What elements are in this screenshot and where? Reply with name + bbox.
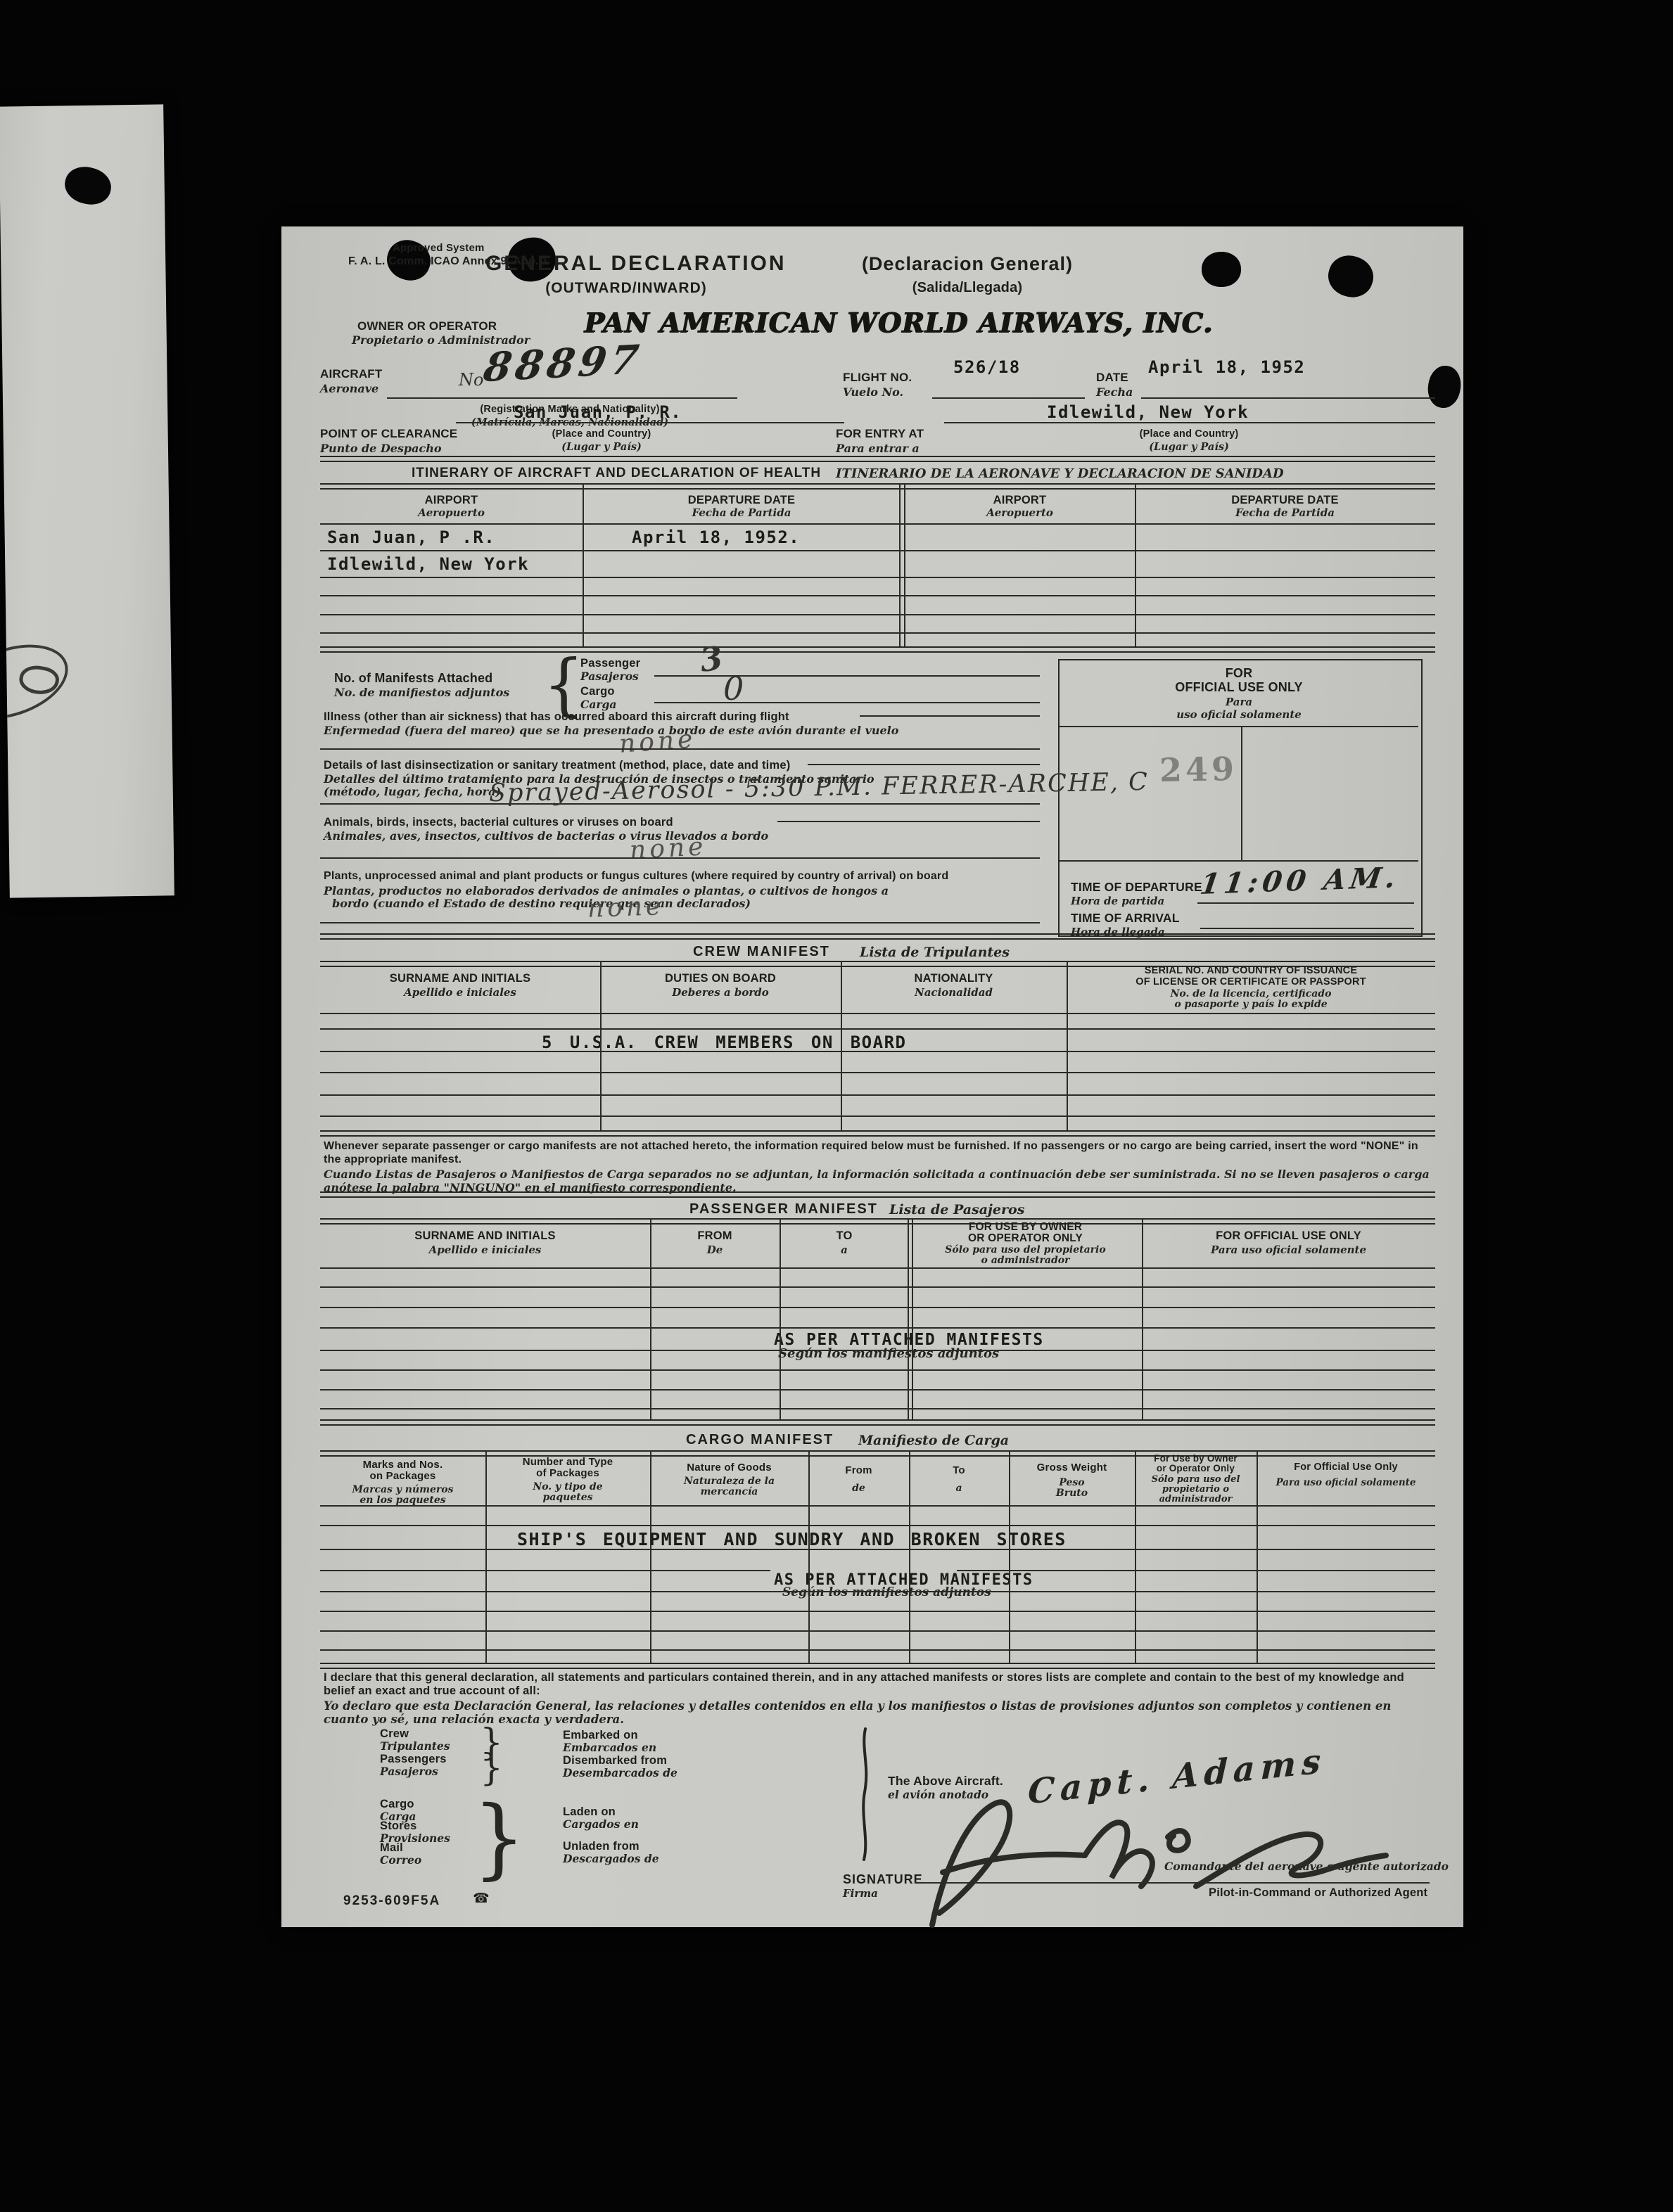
footer-cargo-brace: } bbox=[473, 1787, 526, 1889]
passenger-manifests-label: Passenger bbox=[580, 657, 640, 670]
passenger-row-rule-3 bbox=[320, 1327, 1435, 1329]
cargo-row-rule-4 bbox=[320, 1591, 1435, 1592]
notice-es: Cuando Listas de Pasajeros o Manifiestos… bbox=[324, 1168, 1432, 1194]
cargo-divider-3 bbox=[808, 1450, 810, 1663]
cargo-manifests-label-es: Carga bbox=[580, 698, 616, 711]
itinerary-row1-date: April 18, 1952. bbox=[632, 528, 800, 547]
crew-title-es: Lista de Tripulantes bbox=[860, 945, 1010, 960]
passenger-top-rule bbox=[320, 1218, 1435, 1225]
cargo-bottom-rule bbox=[320, 1663, 1435, 1669]
cargo-row-rule-7 bbox=[320, 1649, 1435, 1651]
crew-col-nationality: NATIONALITY bbox=[841, 972, 1067, 985]
cargo-col-number-1: Number and Type bbox=[485, 1456, 650, 1468]
footer-embarked-es: Embarcados en bbox=[563, 1741, 656, 1754]
flight-line bbox=[932, 397, 1085, 399]
passenger-row-rule-1 bbox=[320, 1286, 1435, 1288]
crew-col-duties-es: Deberes a bordo bbox=[600, 986, 841, 999]
passenger-title-es: Lista de Pasajeros bbox=[889, 1202, 1024, 1217]
printer-union-mark-icon: ☎ bbox=[473, 1891, 490, 1907]
date-value: April 18, 1952 bbox=[1148, 357, 1305, 377]
aircraft-line bbox=[387, 397, 737, 399]
illness-bottom-line bbox=[320, 748, 1040, 750]
departure-time-label: TIME OF DEPARTURE bbox=[1071, 880, 1202, 895]
itinerary-title-es: ITINERARIO DE LA AERONAVE Y DECLARACION … bbox=[836, 466, 1284, 481]
airline-name: PAN AMERICAN WORLD AIRWAYS, INC. bbox=[584, 307, 1196, 338]
itinerary-top-rule bbox=[320, 483, 1435, 490]
cargo-col-marks-2: on Packages bbox=[320, 1470, 485, 1482]
illness-line bbox=[860, 715, 1040, 717]
flight-label-es: Vuelo No. bbox=[843, 385, 903, 399]
crew-row-rule-1 bbox=[320, 1028, 1435, 1030]
cargo-divider-6 bbox=[1135, 1450, 1136, 1663]
crew-bottom-rule bbox=[320, 1130, 1435, 1137]
cargo-col-owner-es-3: administrador bbox=[1135, 1494, 1257, 1504]
date-label-es: Fecha bbox=[1096, 385, 1133, 399]
plants-label-es2: bordo (cuando el Estado de destino requi… bbox=[332, 897, 751, 910]
crew-row-rule-2 bbox=[320, 1051, 1435, 1052]
cargo-row-rule-3 bbox=[320, 1570, 770, 1571]
itinerary-row2-airport: Idlewild, New York bbox=[327, 554, 529, 574]
cargo-col-to-es: a bbox=[909, 1483, 1009, 1494]
cargo-col-number-es-2: paquetes bbox=[485, 1492, 650, 1503]
crew-divider-2 bbox=[841, 961, 842, 1130]
passenger-title: PASSENGER MANIFEST bbox=[689, 1201, 878, 1217]
entry-label-es: Para entrar a bbox=[836, 442, 920, 455]
crew-divider-3 bbox=[1067, 961, 1068, 1130]
cargo-divider-5 bbox=[1009, 1450, 1010, 1663]
passenger-col-to: TO bbox=[780, 1229, 909, 1243]
departure-time-value: 11:00 AM. bbox=[1198, 861, 1402, 901]
passenger-col-owner-es-1: Sólo para uso del propietario bbox=[909, 1244, 1142, 1255]
passenger-row-rule-5 bbox=[320, 1369, 1435, 1371]
passenger-divider-2 bbox=[780, 1218, 781, 1419]
crew-col-surname: SURNAME AND INITIALS bbox=[320, 972, 600, 985]
section-rule-1 bbox=[320, 456, 1435, 462]
footer-unladen-es: Descargados de bbox=[563, 1852, 659, 1865]
animals-bottom-line bbox=[320, 857, 1040, 859]
manifests-label: No. of Manifests Attached bbox=[334, 671, 492, 686]
official-box-title-2: OFFICIAL USE ONLY bbox=[1060, 680, 1418, 695]
itinerary-col-date-2-es: Fecha de Partida bbox=[1135, 506, 1435, 519]
cargo-entry-2-es: Según los manifiestos adjuntos bbox=[782, 1585, 991, 1599]
cargo-row-rule-5 bbox=[320, 1611, 1435, 1612]
departure-time-line bbox=[1197, 902, 1414, 904]
cargo-col-weight-es-2: Bruto bbox=[1009, 1488, 1135, 1499]
date-line bbox=[1141, 397, 1435, 399]
passenger-manifests-value: 3 bbox=[697, 639, 725, 679]
itinerary-col-airport-1-es: Aeropuerto bbox=[320, 506, 583, 519]
passenger-divider-3b bbox=[912, 1218, 913, 1419]
aircraft-no-prefix: No bbox=[459, 370, 483, 390]
cargo-col-owner-2: or Operator Only bbox=[1135, 1463, 1257, 1473]
footer-laden-es: Cargados en bbox=[563, 1817, 639, 1831]
itinerary-row-rule-2 bbox=[320, 577, 1435, 578]
animals-value: none bbox=[629, 832, 707, 865]
form-number: 9253-609F5A bbox=[343, 1893, 440, 1909]
illness-label-es: Enfermedad (fuera del mareo) que se ha p… bbox=[324, 724, 898, 737]
crew-col-serial-es-1: No. de la licencia, certificado bbox=[1067, 988, 1435, 999]
cargo-divider-4 bbox=[909, 1450, 910, 1663]
cargo-manifests-line bbox=[654, 702, 1040, 703]
passenger-col-to-es: a bbox=[780, 1244, 909, 1256]
crew-col-nationality-es: Nacionalidad bbox=[841, 986, 1067, 999]
cargo-col-nature-es-1: Naturaleza de la bbox=[650, 1476, 808, 1487]
entry-line bbox=[944, 422, 1435, 423]
passenger-col-surname: SURNAME AND INITIALS bbox=[320, 1229, 650, 1243]
itinerary-divider-1 bbox=[583, 483, 584, 646]
official-box-title-es-1: Para bbox=[1060, 696, 1418, 708]
cargo-title: CARGO MANIFEST bbox=[686, 1432, 834, 1448]
passenger-header-rule bbox=[320, 1267, 1435, 1269]
cargo-col-nature: Nature of Goods bbox=[650, 1462, 808, 1473]
cargo-manifests-label: Cargo bbox=[580, 685, 615, 698]
crew-row-rule-3 bbox=[320, 1072, 1435, 1073]
itinerary-row-rule-3 bbox=[320, 595, 1435, 596]
footer-passengers-brace: } bbox=[480, 1747, 503, 1789]
official-box-title-es-2: uso oficial solamente bbox=[1060, 708, 1418, 721]
cargo-row-rule-6 bbox=[320, 1630, 1435, 1632]
crew-col-duties: DUTIES ON BOARD bbox=[600, 972, 841, 985]
entry-place-sub-es: (Lugar y País) bbox=[1101, 441, 1277, 453]
cargo-divider-2 bbox=[650, 1450, 651, 1663]
page-title-es: (Declaracion General) bbox=[837, 253, 1098, 275]
itinerary-divider-2b bbox=[904, 483, 905, 646]
notice-en: Whenever separate passenger or cargo man… bbox=[324, 1139, 1432, 1166]
cargo-col-from-es: de bbox=[808, 1483, 909, 1494]
page-subtitle: (OUTWARD/INWARD) bbox=[485, 280, 767, 297]
crew-col-surname-es: Apellido e iniciales bbox=[320, 986, 600, 999]
cargo-col-marks-es-2: en los paquetes bbox=[320, 1495, 485, 1506]
clearance-label: POINT OF CLEARANCE bbox=[320, 427, 457, 441]
punch-hole-5 bbox=[1425, 364, 1463, 410]
crew-row-rule-4 bbox=[320, 1094, 1435, 1096]
arrival-time-label: TIME OF ARRIVAL bbox=[1071, 911, 1180, 926]
illness-label: Illness (other than air sickness) that h… bbox=[324, 710, 789, 724]
footer-crew-es: Tripulantes bbox=[380, 1739, 450, 1753]
official-box-title-1: FOR bbox=[1060, 666, 1418, 681]
crew-title: CREW MANIFEST bbox=[693, 944, 830, 960]
itinerary-bottom-rule bbox=[320, 646, 1435, 653]
crew-col-serial-1: SERIAL NO. AND COUNTRY OF ISSUANCE bbox=[1067, 965, 1435, 976]
plants-bottom-line bbox=[320, 922, 1040, 923]
cargo-col-owner-es-2: propietario o bbox=[1135, 1484, 1257, 1495]
passenger-row-rule-4 bbox=[320, 1350, 1435, 1351]
aircraft-label: AIRCRAFT bbox=[320, 367, 382, 381]
approval-line-1: Approved System bbox=[393, 242, 485, 254]
notice-bottom-rule bbox=[320, 1191, 1435, 1198]
flight-no-value: 526/18 bbox=[953, 357, 1021, 377]
itinerary-col-airport-2: AIRPORT bbox=[905, 494, 1135, 507]
official-stamp-249: 249 bbox=[1159, 750, 1238, 789]
itinerary-row-rule-5 bbox=[320, 632, 1435, 634]
plants-value: none bbox=[587, 892, 665, 923]
passenger-col-official: FOR OFFICIAL USE ONLY bbox=[1142, 1229, 1435, 1243]
cargo-col-number-es-1: No. y tipo de bbox=[485, 1481, 650, 1492]
passenger-row-rule-7 bbox=[320, 1408, 1435, 1409]
above-aircraft-label: The Above Aircraft. bbox=[888, 1774, 1003, 1789]
cargo-header-rule bbox=[320, 1505, 1435, 1507]
illness-value: none bbox=[618, 724, 697, 759]
official-box-divider bbox=[1241, 726, 1242, 860]
footer-mail-es: Correo bbox=[380, 1853, 421, 1867]
disinsect-line bbox=[808, 764, 1040, 765]
aircraft-label-es: Aeronave bbox=[320, 382, 379, 395]
crew-col-serial-es-2: o pasaporte y país lo expide bbox=[1067, 999, 1435, 1010]
footer-disembarked-es: Desembarcados de bbox=[563, 1766, 678, 1779]
footer-passengers-es: Pasajeros bbox=[380, 1765, 438, 1778]
itinerary-row-rule-1 bbox=[320, 550, 1435, 551]
itinerary-col-airport-2-es: Aeropuerto bbox=[905, 506, 1135, 519]
punch-hole-4 bbox=[1323, 250, 1379, 303]
cargo-divider-1 bbox=[485, 1450, 487, 1663]
passenger-row-rule-2 bbox=[320, 1307, 1435, 1308]
itinerary-divider-2a bbox=[899, 483, 901, 646]
passenger-divider-4 bbox=[1142, 1218, 1143, 1419]
itinerary-title: ITINERARY OF AIRCRAFT AND DECLARATION OF… bbox=[412, 466, 821, 481]
aircraft-no: 88897 bbox=[481, 336, 646, 391]
cargo-row-rule-2 bbox=[320, 1549, 1435, 1550]
cargo-col-from: From bbox=[808, 1464, 909, 1476]
general-declaration-form: Approved System F. A. L. Comm. ICAO Anne… bbox=[281, 226, 1463, 1927]
disinsect-label: Details of last disinsectization or sani… bbox=[324, 759, 790, 772]
entry-value: Idlewild, New York bbox=[1047, 402, 1249, 422]
passenger-bottom-rule bbox=[320, 1419, 1435, 1426]
arrival-time-line bbox=[1200, 928, 1414, 929]
itinerary-divider-3 bbox=[1135, 483, 1136, 646]
departure-time-label-es: Hora de partida bbox=[1071, 895, 1164, 907]
manifests-label-es: No. de manifiestos adjuntos bbox=[334, 686, 509, 699]
passenger-divider-1 bbox=[650, 1218, 651, 1419]
itinerary-row1-airport: San Juan, P .R. bbox=[327, 528, 495, 547]
left-page-strip bbox=[0, 104, 174, 897]
passenger-col-owner-2: OR OPERATOR ONLY bbox=[909, 1232, 1142, 1245]
owner-label: OWNER OR OPERATOR bbox=[357, 319, 497, 333]
passenger-col-from: FROM bbox=[650, 1229, 780, 1243]
crew-row-rule-5 bbox=[320, 1115, 1435, 1117]
entry-label: FOR ENTRY AT bbox=[836, 427, 924, 441]
cargo-col-number-2: of Packages bbox=[485, 1467, 650, 1479]
cargo-col-official: For Official Use Only bbox=[1257, 1462, 1435, 1473]
scanned-document-page: { "page": { "form_code": "9253-609F5A", … bbox=[0, 0, 1673, 2212]
itinerary-col-date-2: DEPARTURE DATE bbox=[1135, 494, 1435, 507]
clearance-value: San Juan, P. R. bbox=[514, 402, 682, 422]
above-aircraft-brace bbox=[858, 1727, 875, 1861]
cargo-row-rule-1 bbox=[320, 1525, 1435, 1526]
itinerary-col-date-1-es: Fecha de Partida bbox=[583, 506, 901, 519]
plants-label: Plants, unprocessed animal and plant pro… bbox=[324, 870, 948, 883]
passenger-row-rule-6 bbox=[320, 1389, 1435, 1391]
crew-col-serial-2: OF LICENSE OR CERTIFICATE OR PASSPORT bbox=[1067, 976, 1435, 987]
clearance-line bbox=[456, 422, 844, 423]
official-use-box: FOR OFFICIAL USE ONLY Para uso oficial s… bbox=[1058, 659, 1423, 937]
passenger-col-from-es: De bbox=[650, 1244, 780, 1256]
cargo-title-es: Manifiesto de Carga bbox=[858, 1433, 1009, 1448]
crew-entry: 5 U.S.A. CREW MEMBERS ON BOARD bbox=[542, 1033, 906, 1052]
signature-label-es: Firma bbox=[843, 1887, 878, 1900]
clearance-place-sub-es: (Lugar y País) bbox=[514, 441, 689, 453]
cargo-col-nature-es-2: mercancía bbox=[650, 1486, 808, 1497]
cargo-col-marks-1: Marks and Nos. bbox=[320, 1459, 485, 1471]
itinerary-header-rule bbox=[320, 523, 1435, 525]
passenger-col-surname-es: Apellido e iniciales bbox=[320, 1244, 650, 1256]
itinerary-row-rule-4 bbox=[320, 614, 1435, 615]
date-label: DATE bbox=[1096, 371, 1128, 385]
declaration-en: I declare that this general declaration,… bbox=[324, 1671, 1434, 1698]
disinsect-label-es2: (método, lugar, fecha, hora) bbox=[324, 785, 501, 798]
animals-label: Animals, birds, insects, bacterial cultu… bbox=[324, 816, 673, 829]
cargo-col-owner-1: For Use by Owner bbox=[1135, 1453, 1257, 1464]
page-title: GENERAL DECLARATION bbox=[485, 252, 767, 276]
passenger-col-owner-es-2: o administrador bbox=[909, 1255, 1142, 1266]
flight-label: FLIGHT NO. bbox=[843, 371, 912, 385]
entry-place-sub: (Place and Country) bbox=[1101, 428, 1277, 440]
page-subtitle-es: (Salida/Llegada) bbox=[837, 280, 1098, 296]
cargo-col-to: To bbox=[909, 1464, 1009, 1476]
crew-header-rule bbox=[320, 1013, 1435, 1014]
animals-line bbox=[777, 821, 1040, 822]
cargo-row-rule-3b bbox=[957, 1570, 1435, 1571]
official-box-cells-rule bbox=[1060, 860, 1418, 862]
punch-hole-3 bbox=[1202, 252, 1241, 287]
itinerary-col-airport-1: AIRPORT bbox=[320, 494, 583, 507]
signature-scrawl bbox=[901, 1788, 1393, 1929]
crew-divider-1 bbox=[600, 961, 602, 1130]
clearance-place-sub: (Place and Country) bbox=[514, 428, 689, 440]
arrival-time-label-es: Hora de llegada bbox=[1071, 926, 1165, 938]
cargo-entry-1: SHIP'S EQUIPMENT AND SUNDRY AND BROKEN S… bbox=[517, 1529, 1067, 1549]
cargo-col-weight-es-1: Peso bbox=[1009, 1477, 1135, 1488]
cargo-divider-7 bbox=[1257, 1450, 1258, 1663]
official-box-header-rule bbox=[1060, 726, 1418, 727]
passenger-manifests-label-es: Pasajeros bbox=[580, 670, 639, 683]
cargo-col-owner-es-1: Sólo para uso del bbox=[1135, 1474, 1257, 1485]
cargo-col-official-es: Para uso oficial solamente bbox=[1257, 1477, 1435, 1488]
clearance-label-es: Punto de Despacho bbox=[320, 442, 442, 455]
cargo-col-marks-es-1: Marcas y números bbox=[320, 1484, 485, 1495]
passenger-col-official-es: Para uso oficial solamente bbox=[1142, 1244, 1435, 1256]
passenger-divider-3a bbox=[908, 1218, 909, 1419]
passenger-manifests-line bbox=[654, 675, 1040, 677]
itinerary-col-date-1: DEPARTURE DATE bbox=[583, 494, 901, 507]
passenger-entry-es: Según los manifiestos adjuntos bbox=[778, 1346, 999, 1361]
cargo-col-weight: Gross Weight bbox=[1009, 1462, 1135, 1473]
